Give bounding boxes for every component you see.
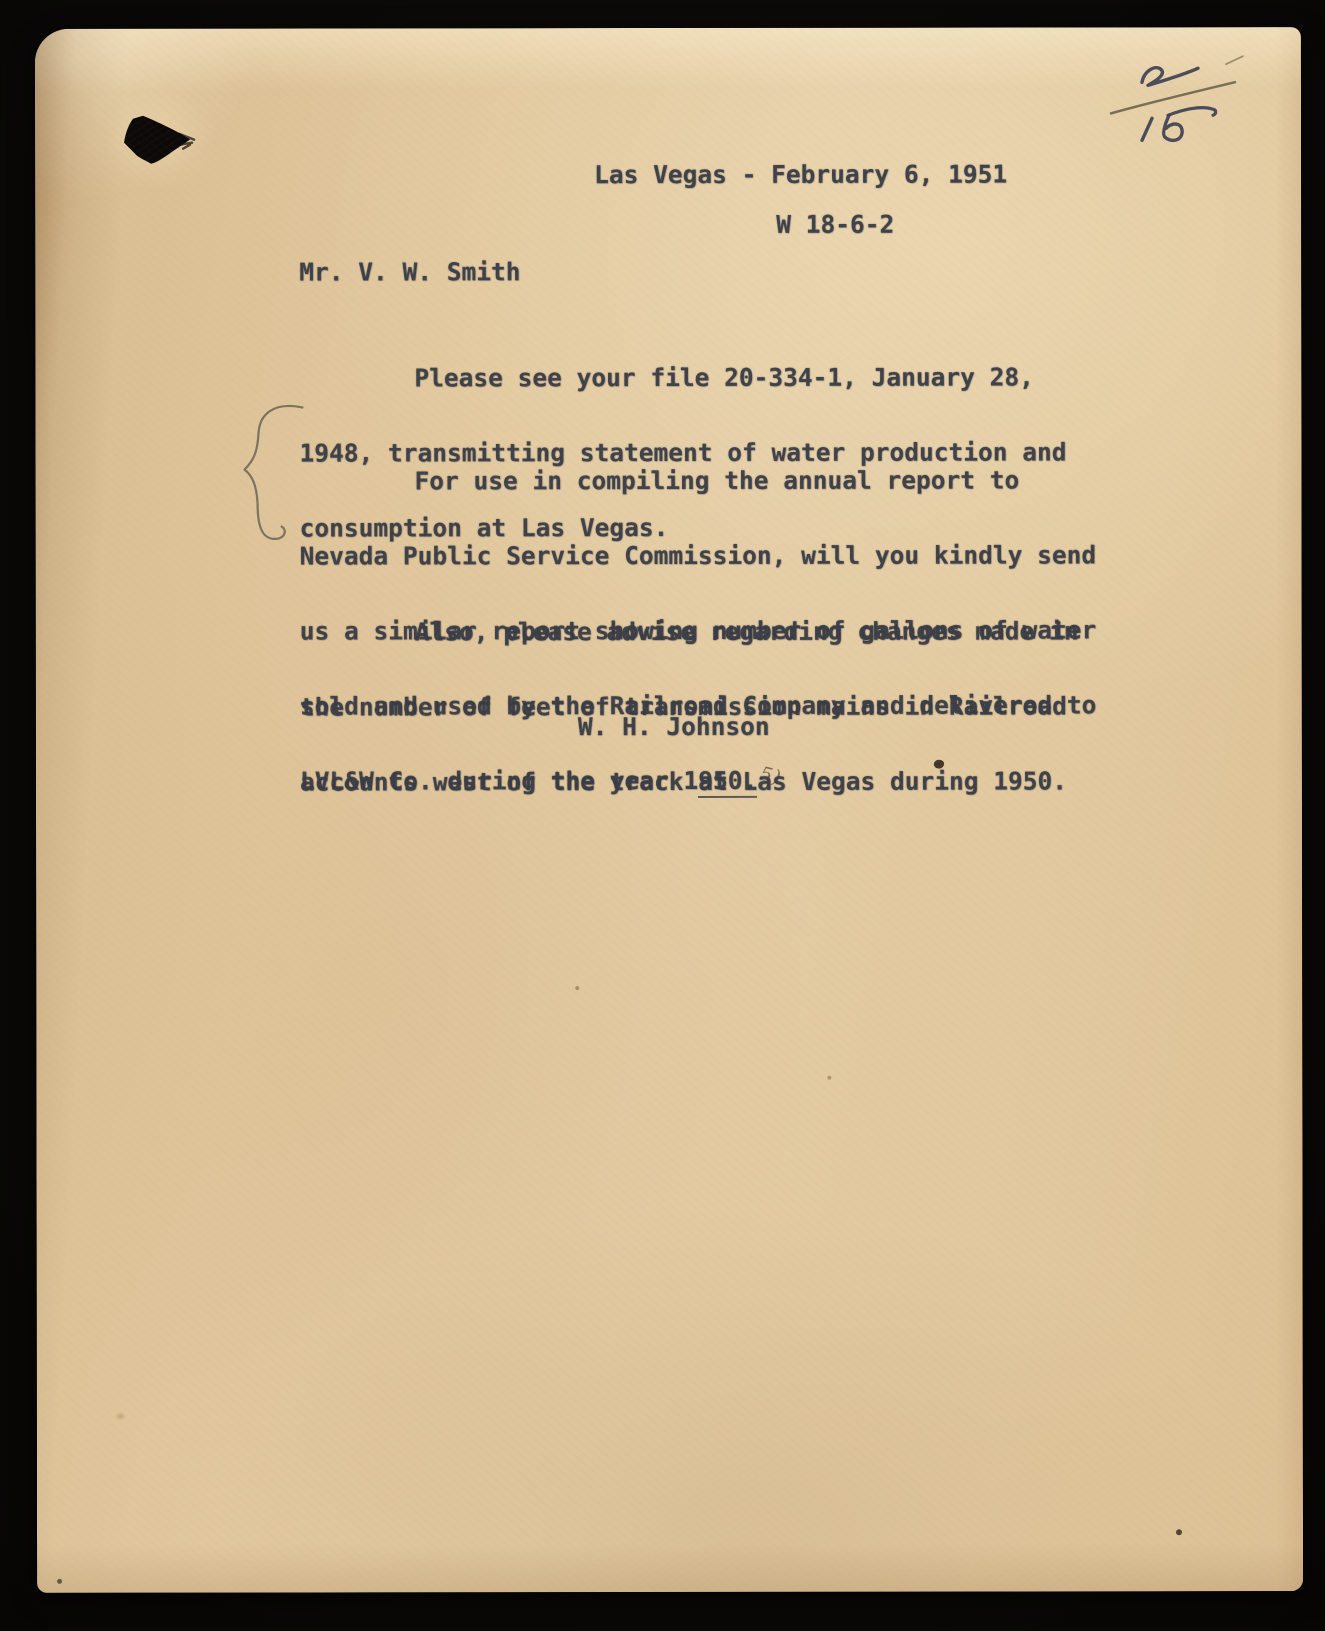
signature: W. H. Johnson <box>578 714 770 739</box>
handwritten-page-fraction <box>1089 44 1259 184</box>
letter-page: Las Vegas - February 6, 1951 W 18-6-2 Mr… <box>35 27 1303 1593</box>
paragraph-3: Also, please advise regarding changes ma… <box>300 568 1079 844</box>
salutation: Mr. V. W. Smith <box>299 259 520 284</box>
paragraph-2-line: Nevada Public Service Commission, will y… <box>300 542 1097 568</box>
paper-stain <box>115 1412 126 1421</box>
paragraph-3-line: Also, please advise regarding changes ma… <box>300 618 1079 644</box>
paper-stain <box>575 986 579 990</box>
margin-brace-annotation <box>234 396 309 571</box>
ink-speck <box>57 1579 62 1584</box>
scan-background: Las Vegas - February 6, 1951 W 18-6-2 Mr… <box>0 0 1325 1631</box>
dateline: Las Vegas - February 6, 1951 <box>594 162 1007 188</box>
paper-stain <box>827 1076 831 1080</box>
paragraph-2-line: For use in compiling the annual report t… <box>300 467 1097 493</box>
paragraph-3-line: accounts west of the track at Las Vegas … <box>300 768 1079 794</box>
file-reference: W 18-6-2 <box>776 212 894 237</box>
paragraph-1-line: Please see your file 20-334-1, January 2… <box>299 364 1066 390</box>
paper-hole <box>109 99 209 184</box>
ink-speck <box>1176 1529 1182 1535</box>
